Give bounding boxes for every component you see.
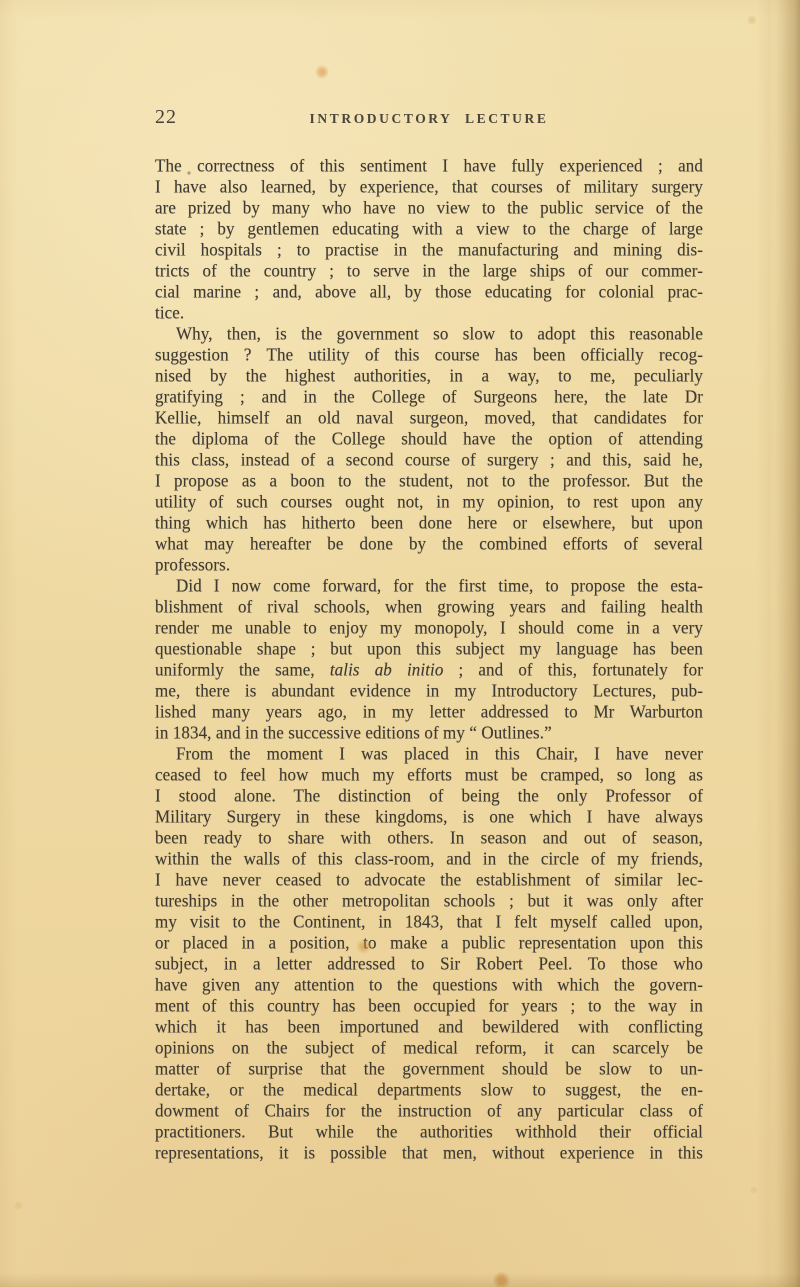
text-line: been ready to share with others. In seas… bbox=[155, 826, 703, 849]
text-line: are prized by many who have no view to t… bbox=[155, 196, 703, 219]
text-segment: ment of this country has been occupied f… bbox=[155, 995, 703, 1016]
text-line: blishment of rival schools, when growing… bbox=[155, 595, 703, 618]
text-segment: what may hereafter be done by the combin… bbox=[155, 533, 703, 554]
text-segment: The correctness of this sentiment I have… bbox=[155, 155, 703, 176]
text-line: opinions on the subject of medical refor… bbox=[155, 1036, 703, 1059]
text-segment: render me unable to enjoy my monopoly, I… bbox=[155, 617, 703, 638]
running-header: INTRODUCTORY LECTURE bbox=[155, 111, 703, 127]
text-line: this class, instead of a second course o… bbox=[155, 448, 703, 471]
text-line: have given any attention to the question… bbox=[155, 973, 703, 996]
text-line: matter of surprise that the government s… bbox=[155, 1057, 703, 1080]
text-segment: tricts of the country ; to serve in the … bbox=[155, 260, 703, 281]
text-segment: tice. bbox=[155, 302, 184, 323]
text-segment: Did I now come forward, for the first ti… bbox=[176, 575, 703, 596]
text-line: representations, it is possible that men… bbox=[155, 1141, 703, 1164]
text-line: nised by the highest authorities, in a w… bbox=[155, 364, 703, 387]
text-segment: thing which has hitherto been done here … bbox=[155, 512, 703, 533]
text-line: lished many years ago, in my letter addr… bbox=[155, 700, 703, 723]
text-segment: blishment of rival schools, when growing… bbox=[155, 596, 703, 617]
text-line: From the moment I was placed in this Cha… bbox=[155, 742, 703, 765]
foxing-spot bbox=[493, 1272, 510, 1287]
text-segment: matter of surprise that the government s… bbox=[155, 1058, 703, 1079]
text-segment: me, there is abundant evidence in my Int… bbox=[155, 680, 703, 701]
text-segment: practitioners. But while the authorities… bbox=[155, 1121, 703, 1142]
text-segment: I have also learned, by experience, that… bbox=[155, 176, 703, 197]
foxing-spot bbox=[750, 1186, 758, 1194]
paragraph: The correctness of this sentiment I have… bbox=[155, 155, 703, 323]
text-segment: which it has been importuned and bewilde… bbox=[155, 1016, 703, 1037]
italic-phrase: talis ab initio bbox=[330, 659, 444, 680]
text-segment: utility of such courses ought not, in my… bbox=[155, 491, 703, 512]
text-segment: the diploma of the College should have t… bbox=[155, 428, 703, 449]
text-line: tureships in the other metropolitan scho… bbox=[155, 889, 703, 912]
text-line: gratifying ; and in the College of Surge… bbox=[155, 385, 703, 408]
text-segment: dowment of Chairs for the instruction of… bbox=[155, 1100, 703, 1121]
text-line: suggestion ? The utility of this course … bbox=[155, 343, 703, 366]
text-line: or placed in a position, to make a publi… bbox=[155, 931, 703, 954]
text-line: cial marine ; and, above all, by those e… bbox=[155, 280, 703, 303]
text-segment: uniformly the same, bbox=[155, 659, 330, 680]
text-segment: cial marine ; and, above all, by those e… bbox=[155, 281, 703, 302]
text-segment: state ; by gentlemen educating with a vi… bbox=[155, 218, 703, 239]
text-line: render me unable to enjoy my monopoly, I… bbox=[155, 616, 703, 639]
text-segment: Why, then, is the government so slow to … bbox=[176, 323, 703, 344]
text-segment: gratifying ; and in the College of Surge… bbox=[155, 386, 703, 407]
text-line: dertake, or the medical departments slow… bbox=[155, 1078, 703, 1101]
text-line: I have never ceased to advocate the esta… bbox=[155, 868, 703, 891]
text-line: Military Surgery in these kingdoms, is o… bbox=[155, 805, 703, 828]
text-line: ceased to feel how much my efforts must … bbox=[155, 763, 703, 786]
paragraph: From the moment I was placed in this Cha… bbox=[155, 743, 703, 1163]
foxing-spot bbox=[315, 65, 329, 79]
text-segment: From the moment I was placed in this Cha… bbox=[176, 743, 703, 764]
text-line: Kellie, himself an old naval surgeon, mo… bbox=[155, 406, 703, 429]
text-line: practitioners. But while the authorities… bbox=[155, 1120, 703, 1143]
text-segment: are prized by many who have no view to t… bbox=[155, 197, 703, 218]
text-segment: my visit to the Continent, in 1843, that… bbox=[155, 911, 703, 932]
text-segment: Military Surgery in these kingdoms, is o… bbox=[155, 806, 703, 827]
text-line: I propose as a boon to the student, not … bbox=[155, 469, 703, 492]
text-line: utility of such courses ought not, in my… bbox=[155, 490, 703, 513]
text-line: I have also learned, by experience, that… bbox=[155, 175, 703, 198]
text-segment: in 1834, and in the successive editions … bbox=[155, 722, 552, 743]
text-segment: suggestion ? The utility of this course … bbox=[155, 344, 703, 365]
foxing-spot bbox=[14, 1201, 23, 1210]
text-segment: I stood alone. The distinction of being … bbox=[155, 785, 703, 806]
text-line: tricts of the country ; to serve in the … bbox=[155, 259, 703, 282]
text-line: questionable shape ; but upon this subje… bbox=[155, 637, 703, 660]
text-segment: professors. bbox=[155, 554, 230, 575]
text-segment: dertake, or the medical departments slow… bbox=[155, 1079, 703, 1100]
text-line: within the walls of this class-room, and… bbox=[155, 847, 703, 870]
text-line: I stood alone. The distinction of being … bbox=[155, 784, 703, 807]
text-line: the diploma of the College should have t… bbox=[155, 427, 703, 450]
text-segment: been ready to share with others. In seas… bbox=[155, 827, 703, 848]
text-line: me, there is abundant evidence in my Int… bbox=[155, 679, 703, 702]
text-segment: tureships in the other metropolitan scho… bbox=[155, 890, 703, 911]
text-segment: I have never ceased to advocate the esta… bbox=[155, 869, 703, 890]
text-segment: have given any attention to the question… bbox=[155, 974, 703, 995]
page-body: The correctness of this sentiment I have… bbox=[155, 155, 703, 1163]
text-line: civil hospitals ; to practise in the man… bbox=[155, 238, 703, 261]
text-line: which it has been importuned and bewilde… bbox=[155, 1015, 703, 1038]
text-line: in 1834, and in the successive editions … bbox=[155, 721, 703, 744]
text-segment: within the walls of this class-room, and… bbox=[155, 848, 703, 869]
text-segment: ; and of this, fortunately for bbox=[443, 659, 703, 680]
foxing-spot bbox=[747, 15, 757, 25]
text-line: tice. bbox=[155, 301, 703, 324]
text-segment: opinions on the subject of medical refor… bbox=[155, 1037, 703, 1058]
text-line: ment of this country has been occupied f… bbox=[155, 994, 703, 1017]
text-segment: Kellie, himself an old naval surgeon, mo… bbox=[155, 407, 703, 428]
text-line: what may hereafter be done by the combin… bbox=[155, 532, 703, 555]
text-segment: I propose as a boon to the student, not … bbox=[155, 470, 703, 491]
text-line: state ; by gentlemen educating with a vi… bbox=[155, 217, 703, 240]
text-line: dowment of Chairs for the instruction of… bbox=[155, 1099, 703, 1122]
text-line: uniformly the same, talis ab initio ; an… bbox=[155, 658, 703, 681]
text-segment: lished many years ago, in my letter addr… bbox=[155, 701, 703, 722]
paragraph: Did I now come forward, for the first ti… bbox=[155, 575, 703, 743]
text-segment: representations, it is possible that men… bbox=[155, 1142, 703, 1163]
text-line: professors. bbox=[155, 553, 703, 576]
text-segment: or placed in a position, to make a publi… bbox=[155, 932, 703, 953]
text-segment: civil hospitals ; to practise in the man… bbox=[155, 239, 703, 260]
text-segment: nised by the highest authorities, in a w… bbox=[155, 365, 703, 386]
text-line: subject, in a letter addressed to Sir Ro… bbox=[155, 952, 703, 975]
text-segment: this class, instead of a second course o… bbox=[155, 449, 703, 470]
text-line: The correctness of this sentiment I have… bbox=[155, 154, 703, 177]
text-segment: subject, in a letter addressed to Sir Ro… bbox=[155, 953, 703, 974]
book-page: 22 INTRODUCTORY LECTURE The correctness … bbox=[0, 0, 800, 1287]
text-line: Did I now come forward, for the first ti… bbox=[155, 574, 703, 597]
text-segment: questionable shape ; but upon this subje… bbox=[155, 638, 703, 659]
paragraph: Why, then, is the government so slow to … bbox=[155, 323, 703, 575]
text-line: Why, then, is the government so slow to … bbox=[155, 322, 703, 345]
text-segment: ceased to feel how much my efforts must … bbox=[155, 764, 703, 785]
text-line: my visit to the Continent, in 1843, that… bbox=[155, 910, 703, 933]
text-line: thing which has hitherto been done here … bbox=[155, 511, 703, 534]
